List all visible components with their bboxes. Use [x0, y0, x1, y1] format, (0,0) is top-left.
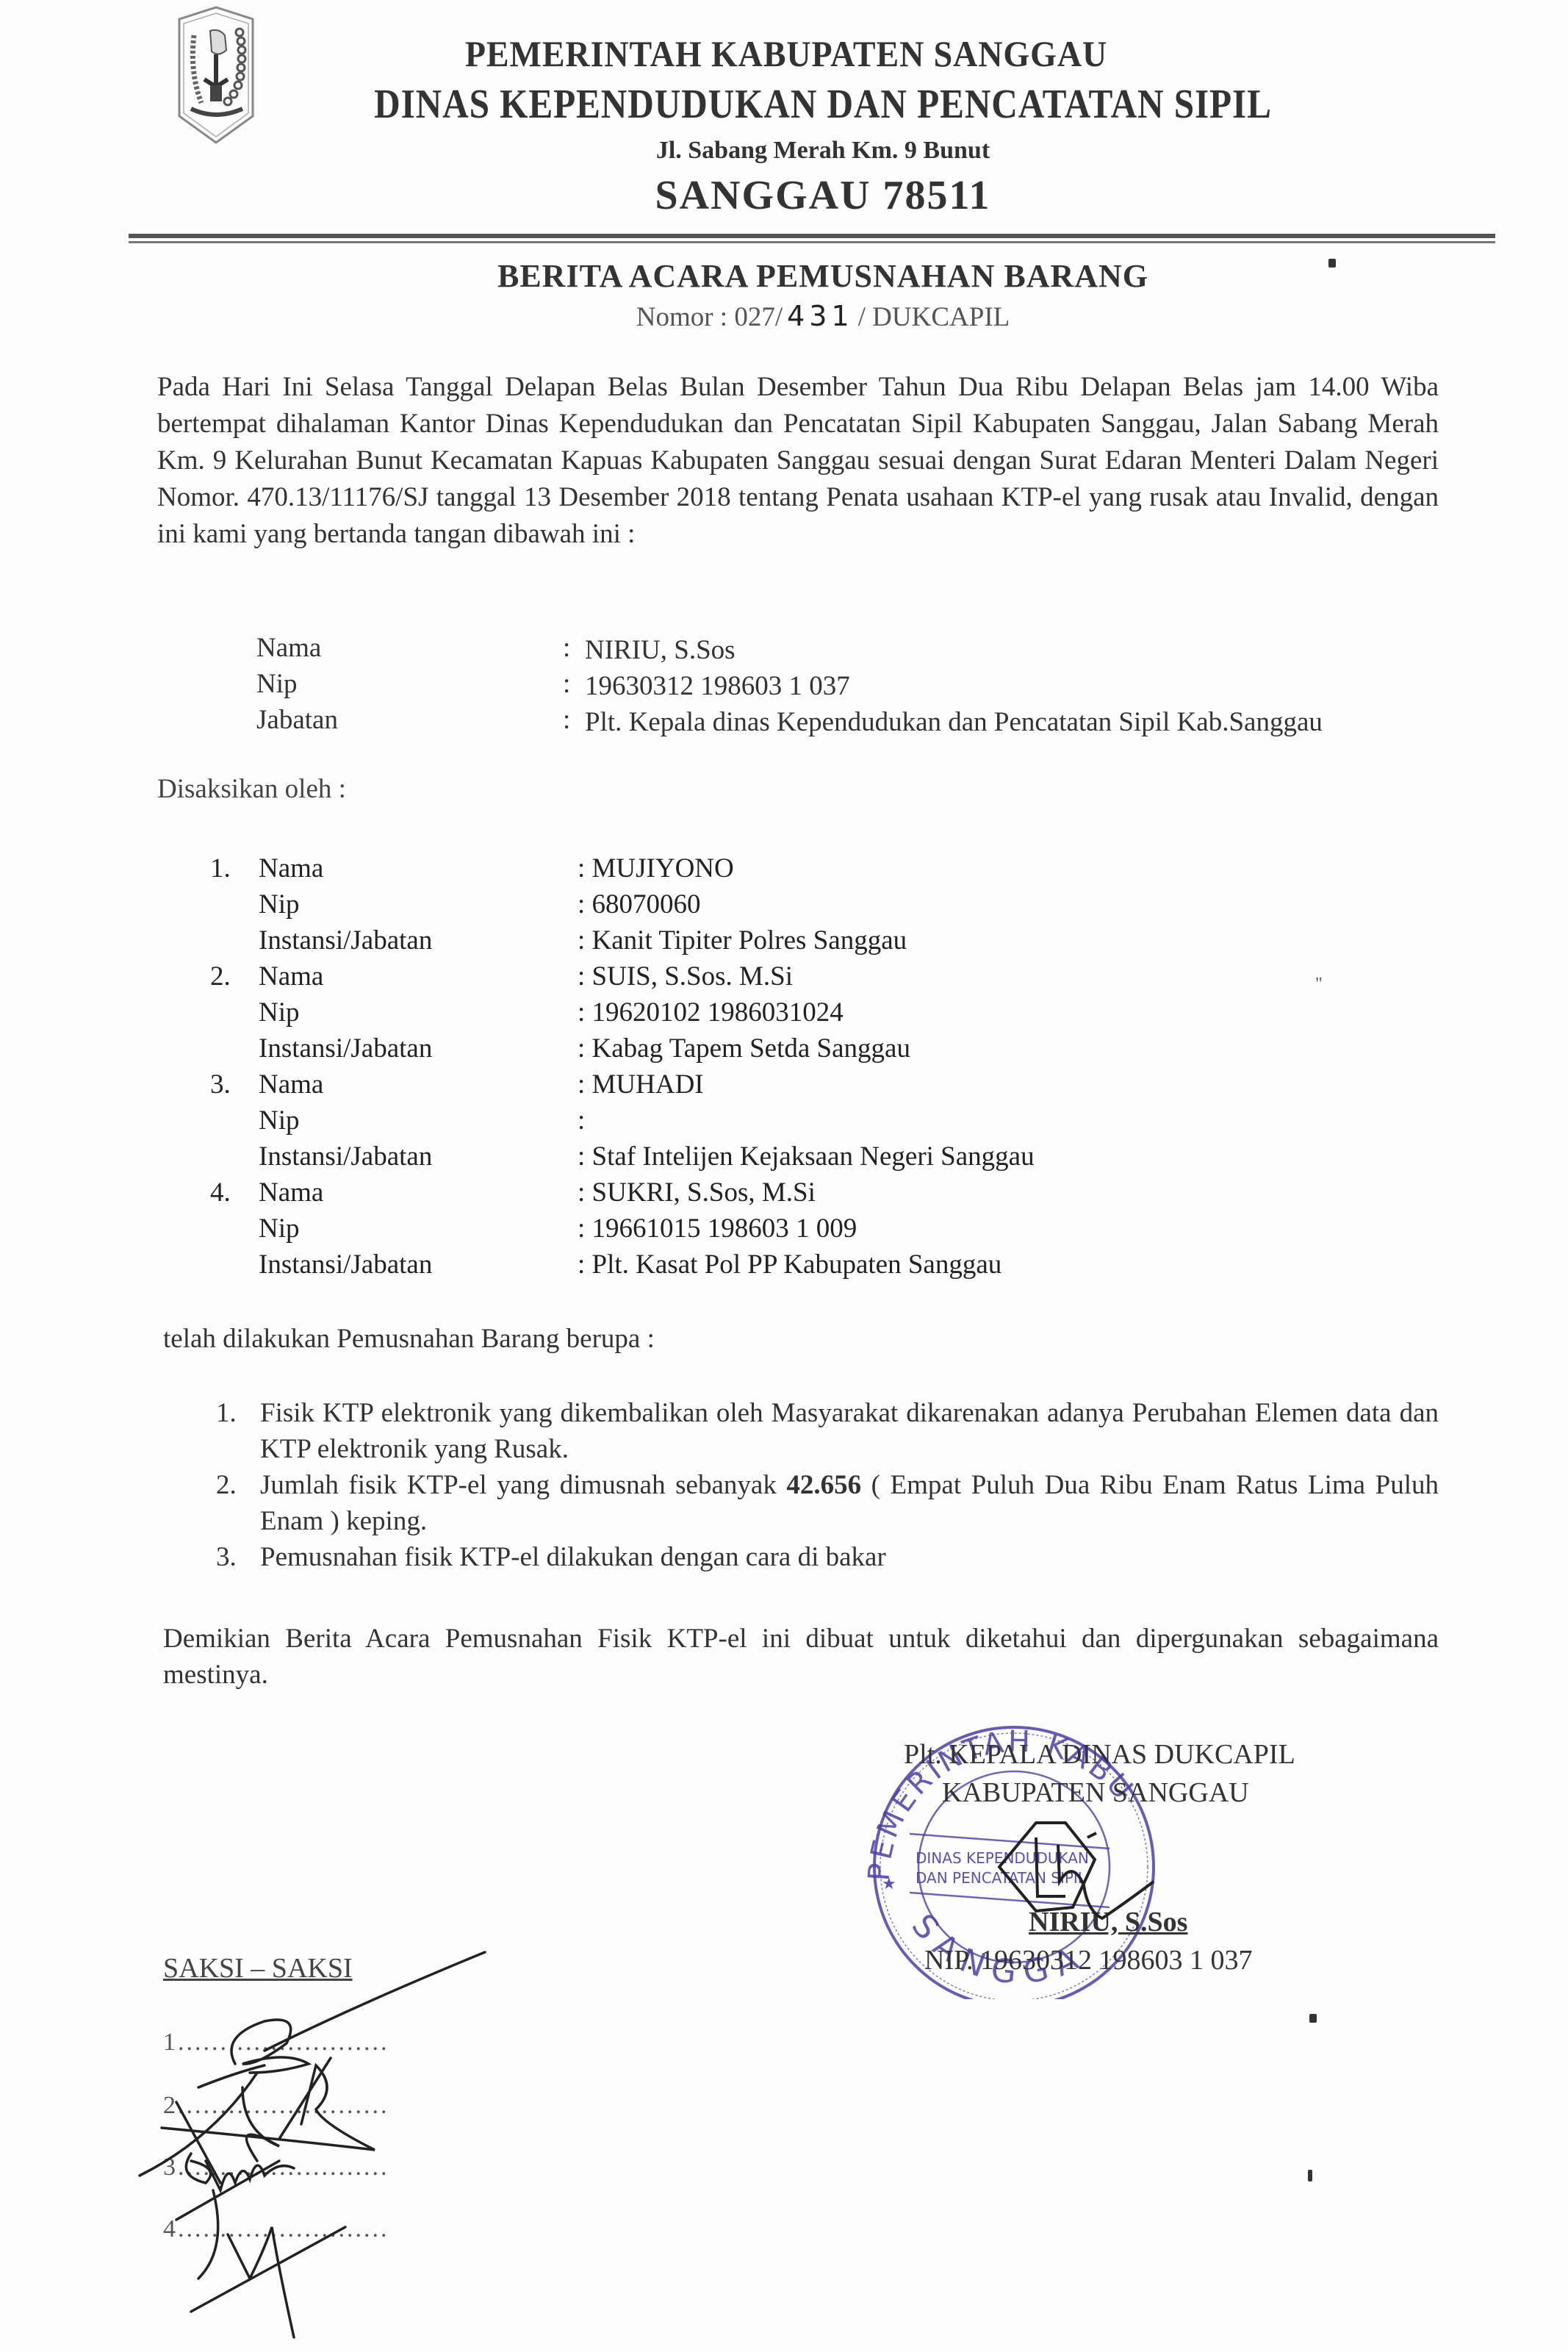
letterhead-divider-thin: [129, 241, 1495, 243]
letterhead-divider-thick: [129, 234, 1495, 238]
witness-field-label: Nama: [259, 1069, 323, 1100]
witness-3-name-row: 3.Nama: MUHADI: [157, 1069, 1333, 1105]
witness-field-value: : 68070060: [578, 889, 701, 920]
destroyed-quantity: 42.656: [786, 1470, 861, 1500]
witness-field-value: : SUIS, S.Sos. M.Si: [578, 961, 793, 992]
witness-2-name-row: 2.Nama: SUIS, S.Sos. M.Si: [157, 961, 1333, 997]
document-number: Nomor : 027/431/ DUKCAPIL: [132, 300, 1514, 333]
document-number-prefix: Nomor : 027/: [636, 302, 783, 332]
witness-field-label: Nip: [259, 1105, 300, 1136]
signatory-name-row: Nama : NIRIU, S.Sos: [157, 632, 1439, 668]
witness-2-nip-row: Nip: 19620102 1986031024: [157, 997, 1333, 1033]
witness-field-value: : Kanit Tipiter Polres Sanggau: [578, 925, 907, 956]
witness-field-value: : 19620102 1986031024: [578, 997, 844, 1028]
witness-number: 4.: [210, 1177, 231, 1208]
items-intro: telah dilakukan Pemusnahan Barang berupa…: [163, 1323, 655, 1355]
closing-paragraph: Demikian Berita Acara Pemusnahan Fisik K…: [163, 1621, 1439, 1693]
document-number-suffix: / DUKCAPIL: [858, 302, 1010, 332]
signature-title-line2: KABUPATEN SANGGAU: [942, 1776, 1249, 1809]
signatory-position-value: Plt. Kepala dinas Kependudukan dan Penca…: [585, 704, 1439, 740]
letterhead-address: Jl. Sabang Merah Km. 9 Bunut: [132, 137, 1514, 165]
witness-4-nip-row: Nip: 19661015 198603 1 009: [157, 1213, 1333, 1249]
witness-3-position-row: Instansi/Jabatan: Staf Intelijen Kejaksa…: [157, 1141, 1333, 1177]
pen-mark: [1308, 2170, 1312, 2181]
witness-field-value: : Plt. Kasat Pol PP Kabupaten Sanggau: [578, 1249, 1001, 1280]
witness-1-nip-row: Nip: 68070060: [157, 889, 1333, 925]
signatory-nip-label: Nip: [256, 668, 298, 700]
witness-number: 1.: [210, 853, 231, 884]
destroyed-item: 1. Fisik KTP elektronik yang dikembalika…: [163, 1395, 1439, 1467]
witness-field-label: Nama: [259, 1177, 323, 1208]
witness-field-label: Instansi/Jabatan: [259, 1033, 432, 1064]
opening-paragraph: Pada Hari Ini Selasa Tanggal Delapan Bel…: [157, 369, 1439, 553]
signatory-nip-value: 19630312 198603 1 037: [585, 668, 1439, 704]
witness-4-name-row: 4.Nama: SUKRI, S.Sos, M.Si: [157, 1177, 1333, 1213]
signature-title-line1: Plt. KEPALA DINAS DUKCAPIL: [904, 1738, 1295, 1771]
signatory-position-label: Jabatan: [256, 704, 338, 736]
witness-field-label: Nama: [259, 853, 323, 884]
destroyed-item: 2. Jumlah fisik KTP-el yang dimusnah seb…: [163, 1467, 1439, 1539]
witness-field-value: : MUHADI: [578, 1069, 704, 1100]
destroyed-items-list: 1. Fisik KTP elektronik yang dikembalika…: [163, 1395, 1439, 1575]
witness-3-nip-row: Nip:: [157, 1105, 1333, 1141]
witness-2-position-row: Instansi/Jabatan: Kabag Tapem Setda Sang…: [157, 1033, 1333, 1069]
witness-4-position-row: Instansi/Jabatan: Plt. Kasat Pol PP Kabu…: [157, 1249, 1333, 1285]
witness-list: 1.Nama: MUJIYONONip: 68070060Instansi/Ja…: [157, 853, 1333, 1285]
witness-field-label: Instansi/Jabatan: [259, 925, 432, 956]
witness-number: 2.: [210, 961, 231, 992]
signatory-nip-row: Nip : 19630312 198603 1 037: [157, 668, 1439, 704]
head-signature: [977, 1815, 1249, 1926]
witness-field-value: : Kabag Tapem Setda Sanggau: [578, 1033, 910, 1064]
witness-field-label: Instansi/Jabatan: [259, 1249, 432, 1280]
witness-field-value: : SUKRI, S.Sos, M.Si: [578, 1177, 816, 1208]
witness-field-label: Nip: [259, 1213, 300, 1244]
signatory-name-label: Nama: [256, 632, 321, 664]
signatory-printed-nip: NIP. 19630312 198603 1 037: [924, 1944, 1253, 1976]
witness-field-value: : MUJIYONO: [578, 853, 734, 884]
pen-mark: [1328, 259, 1336, 268]
witness-field-value: : Staf Intelijen Kejaksaan Negeri Sangga…: [578, 1141, 1035, 1172]
svg-text:★: ★: [882, 1875, 896, 1893]
witness-1-name-row: 1.Nama: MUJIYONO: [157, 853, 1333, 889]
signatory-details: Nama : NIRIU, S.Sos Nip : 19630312 19860…: [157, 632, 1439, 776]
stray-mark: ": [1315, 975, 1323, 994]
witnessed-by-label: Disaksikan oleh :: [157, 773, 346, 805]
witness-field-label: Nip: [259, 889, 300, 920]
witness-field-label: Nip: [259, 997, 300, 1028]
witness-signatures: [132, 1940, 544, 2352]
witness-1-position-row: Instansi/Jabatan: Kanit Tipiter Polres S…: [157, 925, 1333, 961]
letterhead-agency: DINAS KEPENDUDUKAN DAN PENCATATAN SIPIL: [209, 81, 1437, 128]
letterhead-city: SANGGAU 78511: [132, 172, 1514, 219]
signatory-position-row: Jabatan : Plt. Kepala dinas Kependudukan…: [157, 704, 1439, 776]
signatory-name-value: NIRIU, S.Sos: [585, 632, 1439, 668]
witness-field-label: Nama: [259, 961, 323, 992]
pen-mark: [1309, 2014, 1317, 2023]
destroyed-item: 3. Pemusnahan fisik KTP-el dilakukan den…: [163, 1539, 1439, 1575]
witness-field-value: :: [578, 1105, 585, 1136]
witness-field-value: : 19661015 198603 1 009: [578, 1213, 857, 1244]
witness-number: 3.: [210, 1069, 231, 1100]
document-number-handwritten: 431: [783, 300, 858, 332]
document-title: BERITA ACARA PEMUSNAHAN BARANG: [132, 257, 1514, 295]
witness-field-label: Instansi/Jabatan: [259, 1141, 432, 1172]
letterhead-government: PEMERINTAH KABUPATEN SANGGAU: [198, 32, 1375, 75]
